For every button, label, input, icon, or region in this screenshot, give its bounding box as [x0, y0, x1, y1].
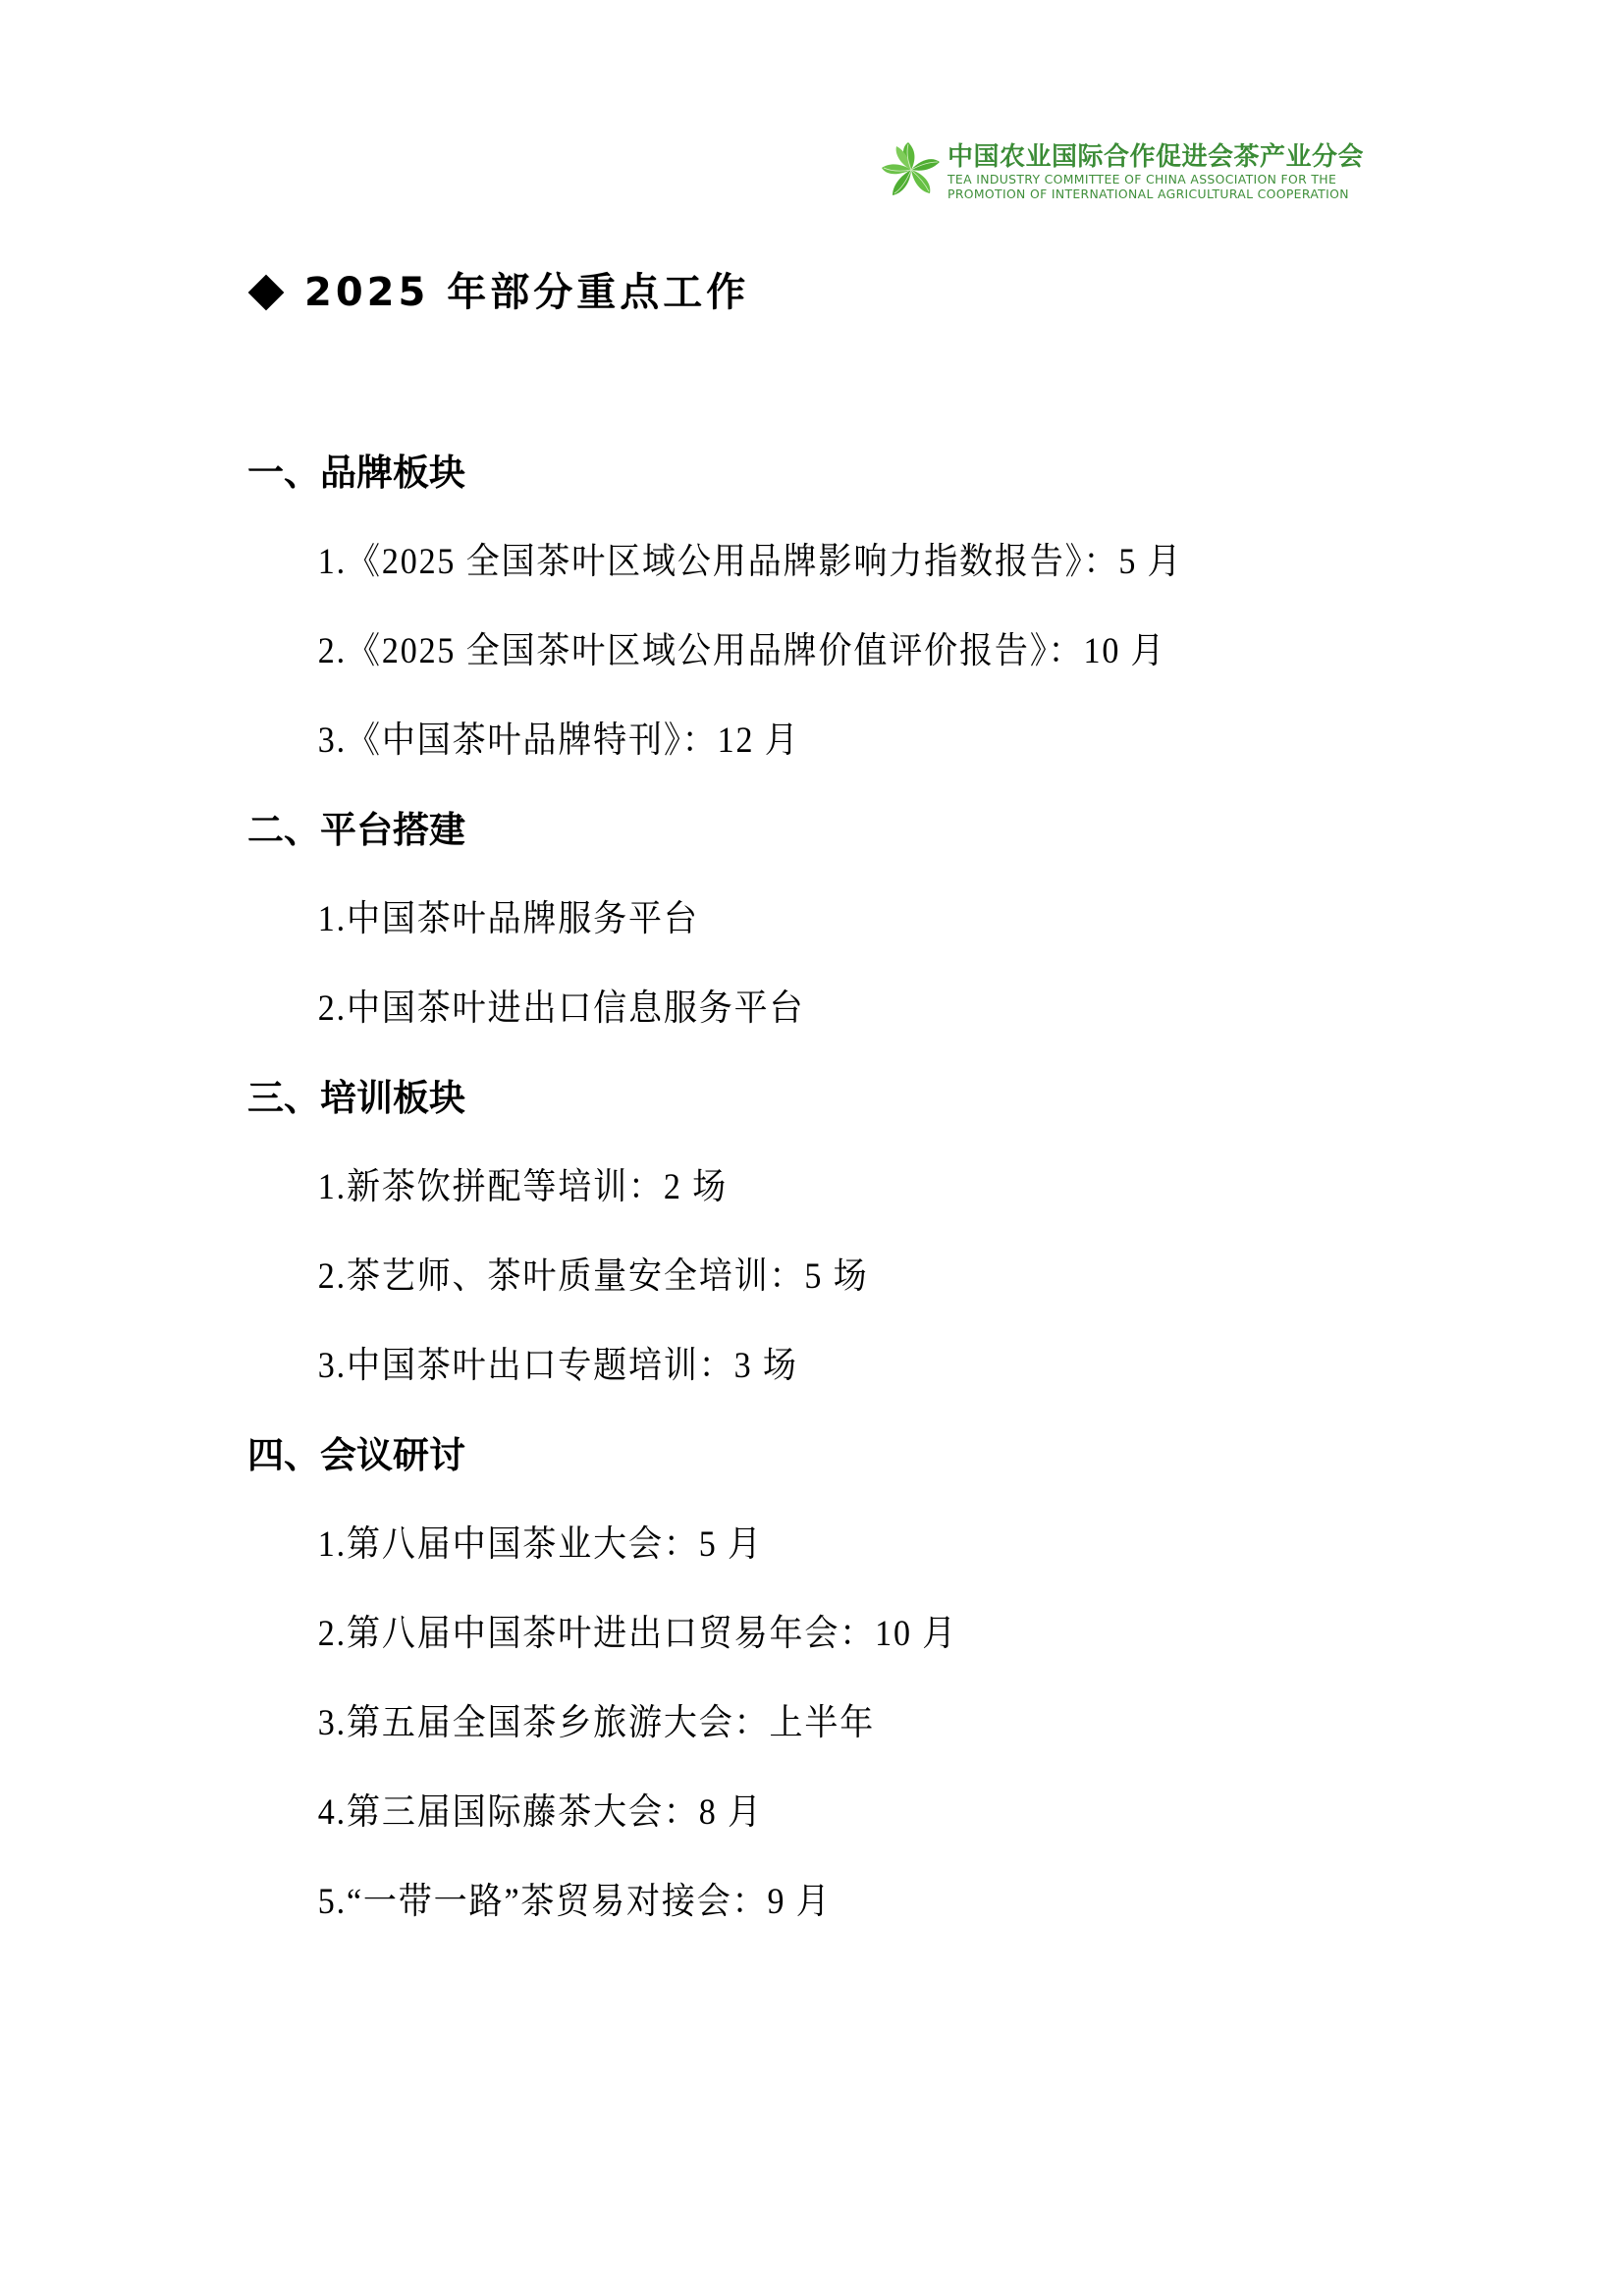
organization-name-cn: 中国农业国际合作促进会茶产业分会: [947, 142, 1364, 172]
page-title: 2025 年部分重点工作: [247, 263, 749, 322]
organization-logo: 中国农业国际合作促进会茶产业分会 TEA INDUSTRY COMMITTEE …: [881, 138, 1391, 205]
list-item: 2.茶艺师、茶叶质量安全培训：5 场: [247, 1248, 1331, 1337]
section-platform: 二、平台搭建 1.中国茶叶品牌服务平台 2.中国茶叶进出口信息服务平台: [247, 801, 1426, 1069]
section-title: 一、品牌板块: [247, 444, 1426, 533]
list-item: 3.《中国茶叶品牌特刊》：12 月: [247, 712, 1331, 801]
list-item: 3.中国茶叶出口专题培训：3 场: [247, 1337, 1331, 1426]
list-item: 1.中国茶叶品牌服务平台: [247, 890, 1331, 980]
page-title-text: 2025 年部分重点工作: [304, 263, 749, 322]
list-item: 1.新茶饮拼配等培训：2 场: [247, 1158, 1331, 1248]
list-item: 2.《2025 全国茶叶区域公用品牌价值评价报告》：10 月: [247, 622, 1331, 712]
organization-name-en-line2: PROMOTION OF INTERNATIONAL AGRICULTURAL …: [947, 187, 1364, 201]
section-conferences: 四、会议研讨 1.第八届中国茶业大会：5 月 2.第八届中国茶叶进出口贸易年会：…: [247, 1426, 1426, 1962]
section-title: 三、培训板块: [247, 1069, 1426, 1158]
list-item: 2.第八届中国茶叶进出口贸易年会：10 月: [247, 1605, 1331, 1694]
section-title: 四、会议研讨: [247, 1426, 1426, 1516]
section-title: 二、平台搭建: [247, 801, 1426, 890]
list-item: 1.《2025 全国茶叶区域公用品牌影响力指数报告》：5 月: [247, 533, 1331, 622]
section-brand: 一、品牌板块 1.《2025 全国茶叶区域公用品牌影响力指数报告》：5 月 2.…: [247, 444, 1426, 801]
list-item: 2.中国茶叶进出口信息服务平台: [247, 980, 1331, 1069]
organization-name: 中国农业国际合作促进会茶产业分会 TEA INDUSTRY COMMITTEE …: [947, 142, 1364, 201]
tea-leaves-logo-icon: [881, 140, 942, 203]
document-body: 一、品牌板块 1.《2025 全国茶叶区域公用品牌影响力指数报告》：5 月 2.…: [247, 444, 1426, 1962]
list-item: 3.第五届全国茶乡旅游大会：上半年: [247, 1694, 1331, 1784]
organization-name-en-line1: TEA INDUSTRY COMMITTEE OF CHINA ASSOCIAT…: [947, 172, 1364, 187]
section-training: 三、培训板块 1.新茶饮拼配等培训：2 场 2.茶艺师、茶叶质量安全培训：5 场…: [247, 1069, 1426, 1426]
diamond-bullet-icon: [248, 275, 285, 311]
list-item: 5.“一带一路”茶贸易对接会：9 月: [247, 1873, 1331, 1962]
list-item: 4.第三届国际藤茶大会：8 月: [247, 1784, 1331, 1873]
list-item: 1.第八届中国茶业大会：5 月: [247, 1516, 1331, 1605]
